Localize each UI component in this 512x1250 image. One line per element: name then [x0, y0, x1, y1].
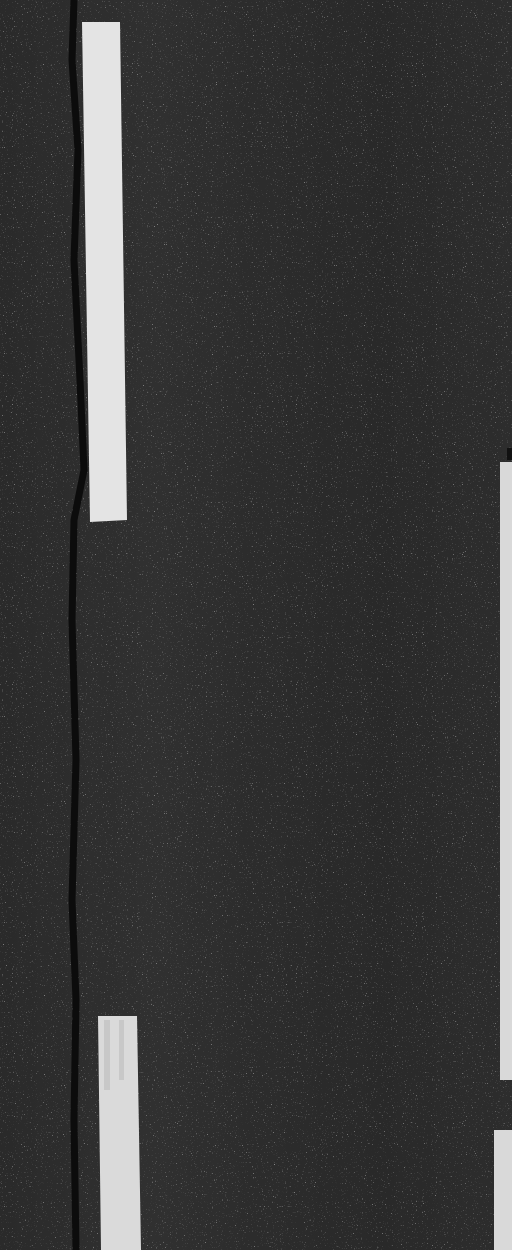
edge-line-lower: [494, 1130, 512, 1250]
edge-line-upper: [500, 462, 512, 1080]
edge-line-marker: [507, 448, 512, 460]
lane-dash-lower-wear: [119, 1020, 124, 1080]
lane-dash-lower-wear: [104, 1020, 110, 1090]
road-pavement-image: [0, 0, 512, 1250]
